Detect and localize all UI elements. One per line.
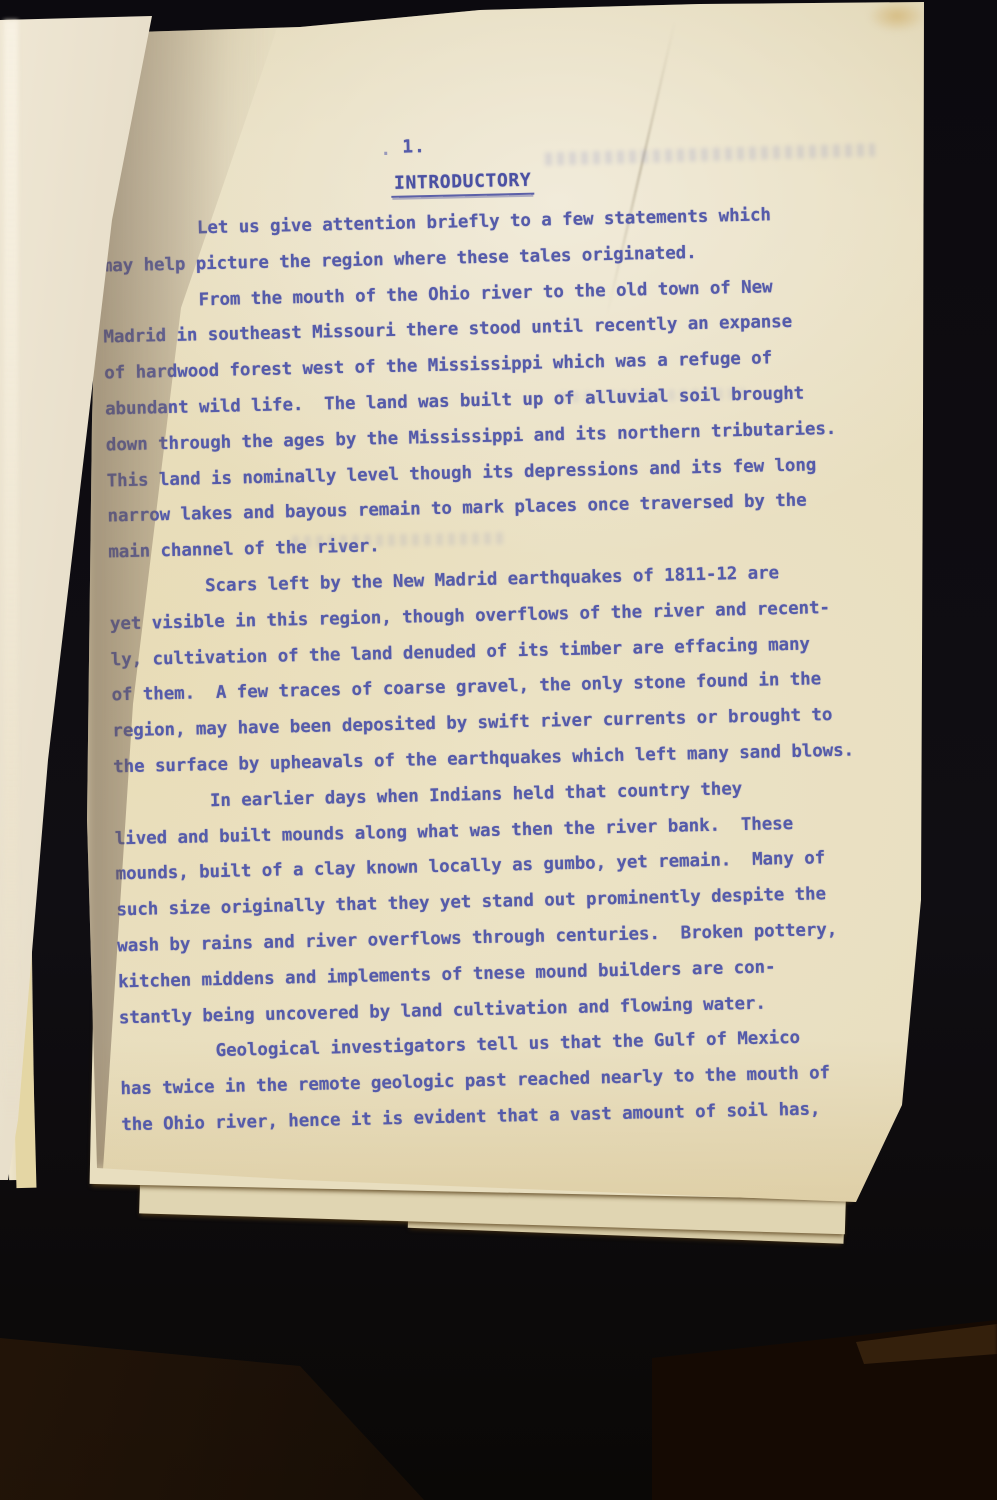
- page-number: 1.: [402, 136, 426, 158]
- typed-line: mounds, built of a clay known locally as…: [115, 848, 825, 886]
- typed-line: the Ohio river, hence it is evident that…: [121, 1098, 821, 1136]
- typed-line: such size originally that they yet stand…: [116, 883, 826, 921]
- page-title: INTRODUCTORY: [391, 170, 535, 198]
- typed-line: lived and built mounds along what was th…: [115, 813, 794, 850]
- typed-line: yet visible in this region, though overf…: [110, 597, 830, 635]
- photo-of-typed-manuscript: { "photo": { "background_color": "#0e0c1…: [0, 0, 997, 1500]
- typed-line: region, may have been deposited by swift…: [112, 704, 832, 742]
- stray-period-mark: .: [380, 139, 391, 160]
- typed-line: kitchen middens and implements of tnese …: [118, 956, 776, 993]
- typed-line: In earlier days when Indians held that c…: [114, 778, 743, 814]
- typed-line: wash by rains and river overflows throug…: [117, 919, 837, 957]
- curled-page-edge-highlight: [4, 20, 18, 1120]
- typed-line: has twice in the remote geologic past re…: [120, 1062, 830, 1100]
- typed-line: abundant wild life. The land was built u…: [105, 383, 805, 421]
- text-block: . 1. INTRODUCTORY Let us give attention …: [99, 112, 884, 1149]
- typed-line: down through the ages by the Mississippi…: [106, 418, 837, 457]
- typed-line: the surface by upheavals of the earthqua…: [113, 740, 854, 779]
- typed-line: of them. A few traces of coarse gravel, …: [111, 669, 821, 707]
- typed-line: Madrid in southeast Missouri there stood…: [103, 311, 792, 349]
- typed-line: narrow lakes and bayous remain to mark p…: [107, 490, 807, 528]
- typed-line: stantly being uncovered by land cultivat…: [119, 992, 766, 1029]
- typed-line: Geological investigators tell us that th…: [119, 1027, 800, 1064]
- typed-line: From the mouth of the Ohio river to the …: [102, 276, 772, 313]
- paper-stain: [868, 0, 926, 32]
- typed-line: This land is nominally level though its …: [106, 454, 816, 492]
- typed-line: Scars left by the New Madrid earthquakes…: [109, 562, 779, 599]
- typed-line: ly, cultivation of the land denuded of i…: [111, 633, 811, 671]
- typed-line: of hardwood forest west of the Mississip…: [104, 348, 772, 385]
